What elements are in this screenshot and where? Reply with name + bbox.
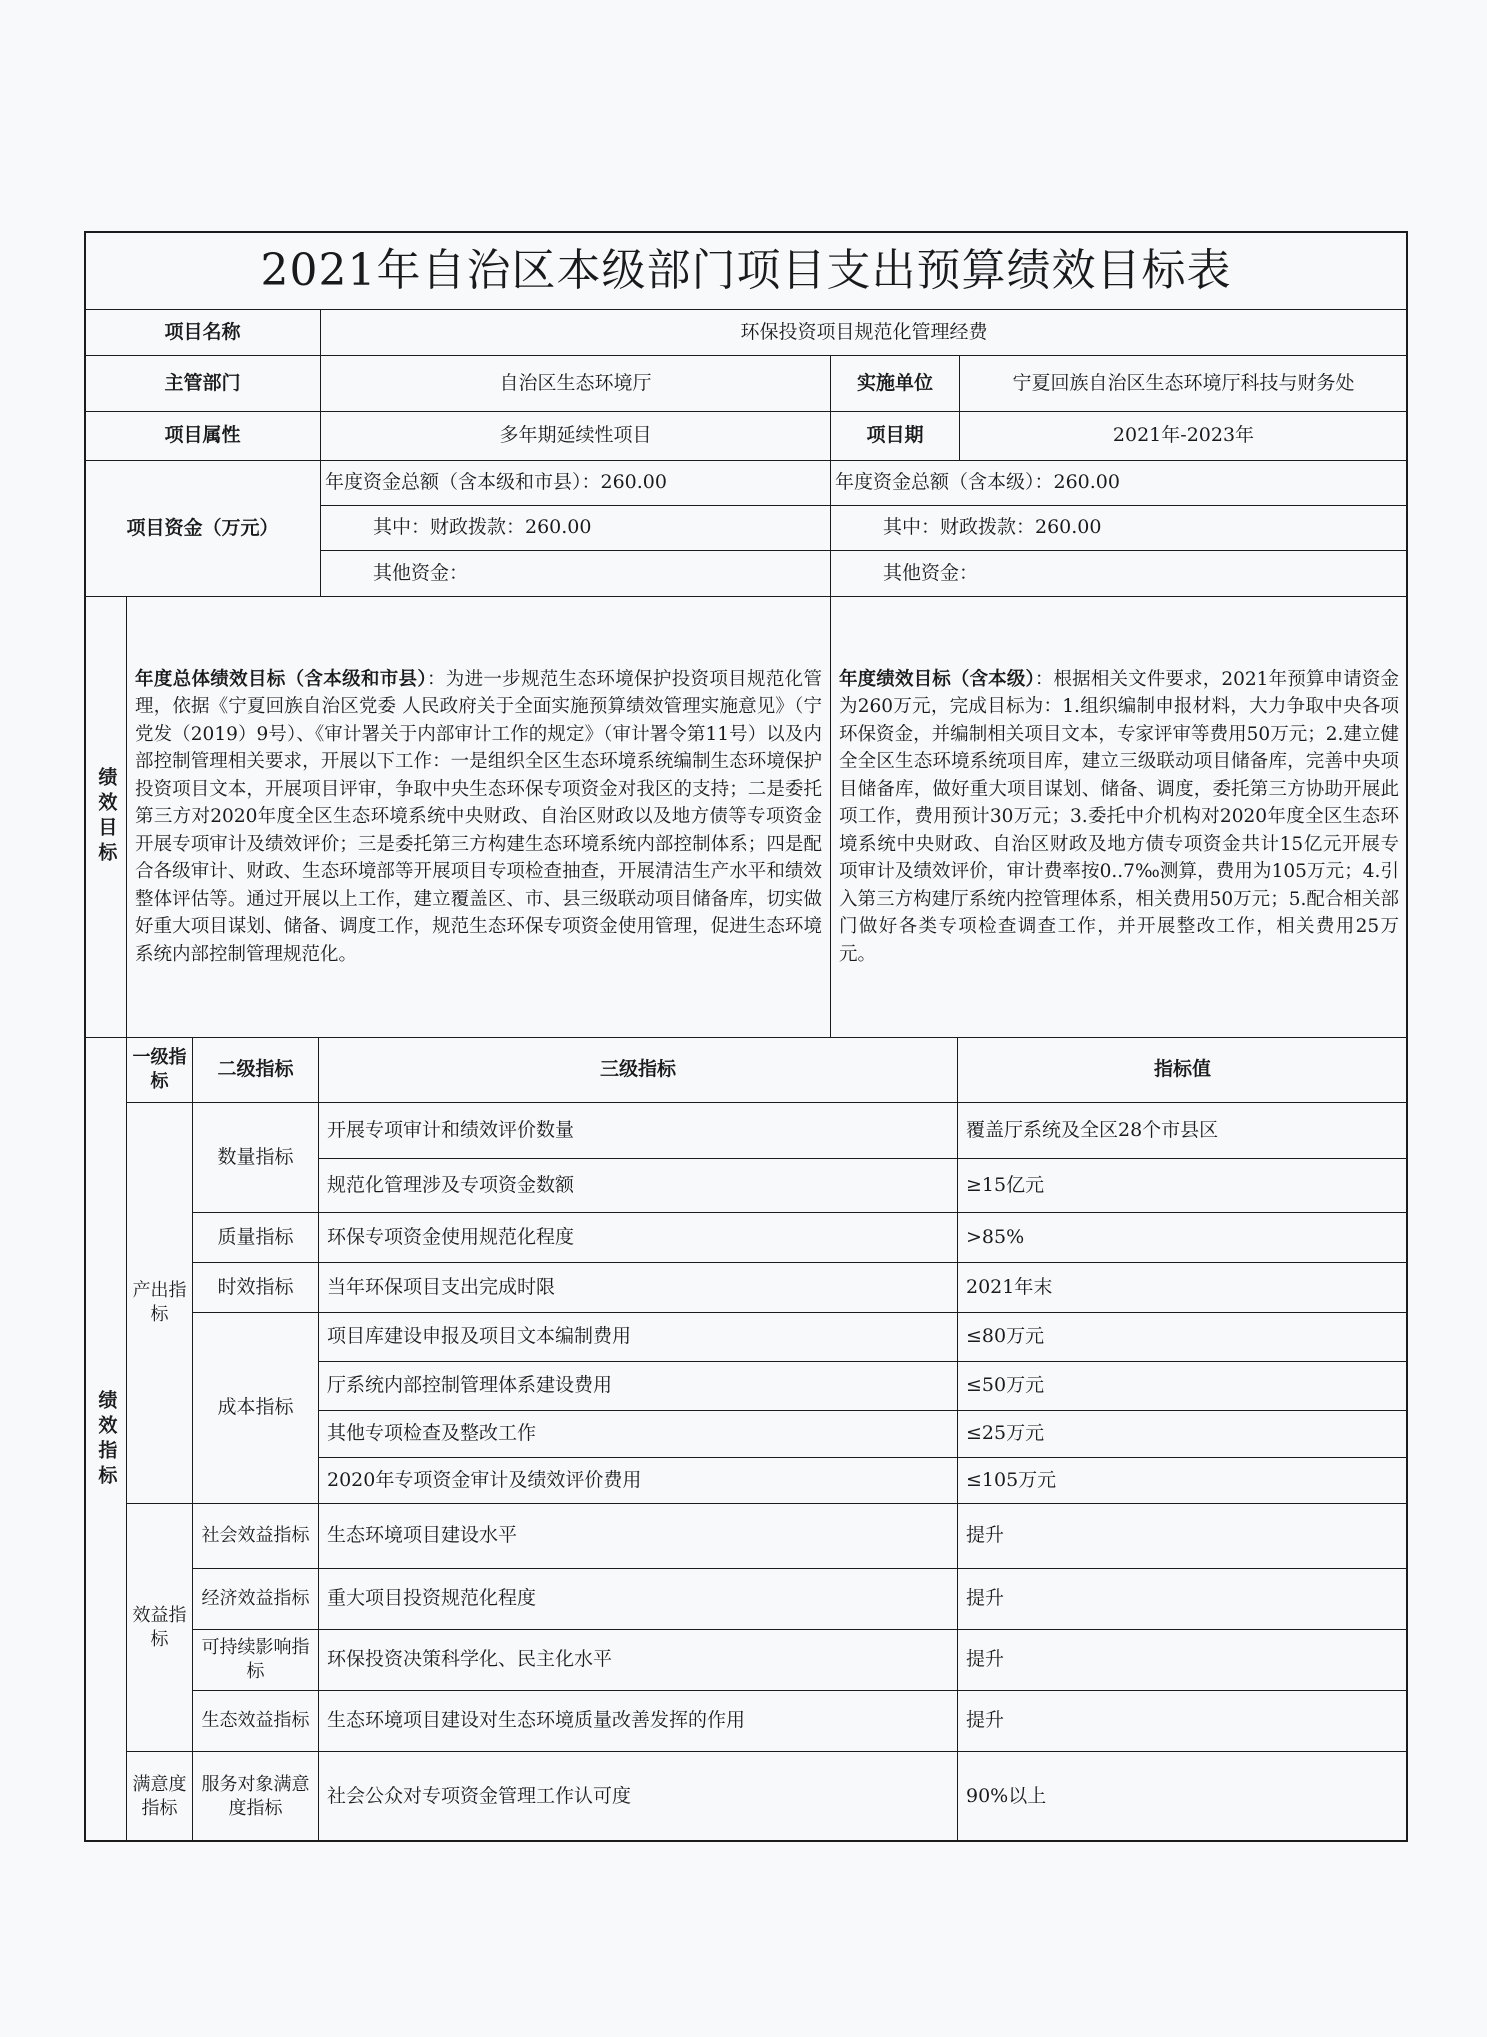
level2-social: 社会效益指标 — [192, 1503, 319, 1569]
level3-row-6: 厅系统内部控制管理体系建设费用 — [318, 1361, 958, 1411]
attr-label: 项目属性 — [84, 411, 321, 461]
level3-row-4: 当年环保项目支出完成时限 — [318, 1262, 958, 1313]
value-row-11: 提升 — [957, 1629, 1408, 1691]
attr-value: 多年期延续性项目 — [320, 411, 831, 461]
funding-left-total: 年度资金总额（含本级和市县）：260.00 — [320, 460, 831, 506]
impl-label: 实施单位 — [830, 355, 960, 412]
goals-left-text: ：为进一步规范生态环境保护投资项目规范化管理，依据《宁夏回族自治区党委 人民政府… — [135, 669, 822, 965]
header-level3: 三级指标 — [318, 1037, 958, 1103]
period-label: 项目期 — [830, 411, 960, 461]
indicators-label: 绩效指标 — [84, 1037, 127, 1842]
funding-right-total: 年度资金总额（含本级）：260.00 — [830, 460, 1408, 506]
level3-row-5: 项目库建设申报及项目文本编制费用 — [318, 1312, 958, 1362]
value-row-6: ≤50万元 — [957, 1361, 1408, 1411]
funding-label: 项目资金（万元） — [84, 460, 321, 597]
level2-ecological: 生态效益指标 — [192, 1690, 319, 1752]
project-name-value: 环保投资项目规范化管理经费 — [320, 309, 1408, 356]
level2-timeliness: 时效指标 — [192, 1262, 319, 1313]
value-row-2: ≥15亿元 — [957, 1158, 1408, 1213]
impl-value: 宁夏回族自治区生态环境厅科技与财务处 — [959, 355, 1408, 412]
goals-left-heading: 年度总体绩效目标（含本级和市县） — [135, 669, 427, 690]
value-row-12: 提升 — [957, 1690, 1408, 1752]
level2-quantity: 数量指标 — [192, 1102, 319, 1213]
value-row-7: ≤25万元 — [957, 1410, 1408, 1458]
value-row-4: 2021年末 — [957, 1262, 1408, 1313]
value-row-5: ≤80万元 — [957, 1312, 1408, 1362]
goals-right-text: ：根据相关文件要求，2021年预算申请资金为260万元，完成目标为：1.组织编制… — [839, 669, 1399, 965]
project-name-label: 项目名称 — [84, 309, 321, 356]
level3-row-3: 环保专项资金使用规范化程度 — [318, 1212, 958, 1263]
header-value: 指标值 — [957, 1037, 1408, 1103]
level1-benefit: 效益指标 — [126, 1503, 193, 1752]
level3-row-2: 规范化管理涉及专项资金数额 — [318, 1158, 958, 1213]
level2-service-satisfaction: 服务对象满意度指标 — [192, 1751, 319, 1842]
header-level2: 二级指标 — [192, 1037, 319, 1103]
level3-row-11: 环保投资决策科学化、民主化水平 — [318, 1629, 958, 1691]
funding-right-fiscal: 其中：财政拨款：260.00 — [830, 505, 1408, 551]
level3-row-10: 重大项目投资规范化程度 — [318, 1568, 958, 1630]
value-row-10: 提升 — [957, 1568, 1408, 1630]
level3-row-12: 生态环境项目建设对生态环境质量改善发挥的作用 — [318, 1690, 958, 1752]
goals-left: 年度总体绩效目标（含本级和市县）：为进一步规范生态环境保护投资项目规范化管理，依… — [126, 596, 831, 1038]
level3-row-8: 2020年专项资金审计及绩效评价费用 — [318, 1457, 958, 1504]
level2-economic: 经济效益指标 — [192, 1568, 319, 1630]
level2-cost: 成本指标 — [192, 1312, 319, 1504]
level3-row-9: 生态环境项目建设水平 — [318, 1503, 958, 1569]
value-row-1: 覆盖厅系统及全区28个市县区 — [957, 1102, 1408, 1159]
dept-label: 主管部门 — [84, 355, 321, 412]
goals-right-heading: 年度绩效目标（含本级） — [839, 669, 1035, 690]
period-value: 2021年-2023年 — [959, 411, 1408, 461]
level1-satisfaction: 满意度指标 — [126, 1751, 193, 1842]
value-row-13: 90%以上 — [957, 1751, 1408, 1842]
header-level1: 一级指标 — [126, 1037, 193, 1103]
funding-right-other: 其他资金： — [830, 550, 1408, 597]
level3-row-7: 其他专项检查及整改工作 — [318, 1410, 958, 1458]
level3-row-13: 社会公众对专项资金管理工作认可度 — [318, 1751, 958, 1842]
level2-sustainable: 可持续影响指标 — [192, 1629, 319, 1691]
level1-output: 产出指标 — [126, 1102, 193, 1504]
value-row-3: >85% — [957, 1212, 1408, 1263]
page-title: 2021年自治区本级部门项目支出预算绩效目标表 — [84, 231, 1408, 310]
dept-value: 自治区生态环境厅 — [320, 355, 831, 412]
value-row-8: ≤105万元 — [957, 1457, 1408, 1504]
level2-quality: 质量指标 — [192, 1212, 319, 1263]
funding-left-other: 其他资金： — [320, 550, 831, 597]
goals-right: 年度绩效目标（含本级）：根据相关文件要求，2021年预算申请资金为260万元，完… — [830, 596, 1408, 1038]
goals-label: 绩效目标 — [84, 596, 127, 1038]
level3-row-1: 开展专项审计和绩效评价数量 — [318, 1102, 958, 1159]
funding-left-fiscal: 其中：财政拨款：260.00 — [320, 505, 831, 551]
value-row-9: 提升 — [957, 1503, 1408, 1569]
